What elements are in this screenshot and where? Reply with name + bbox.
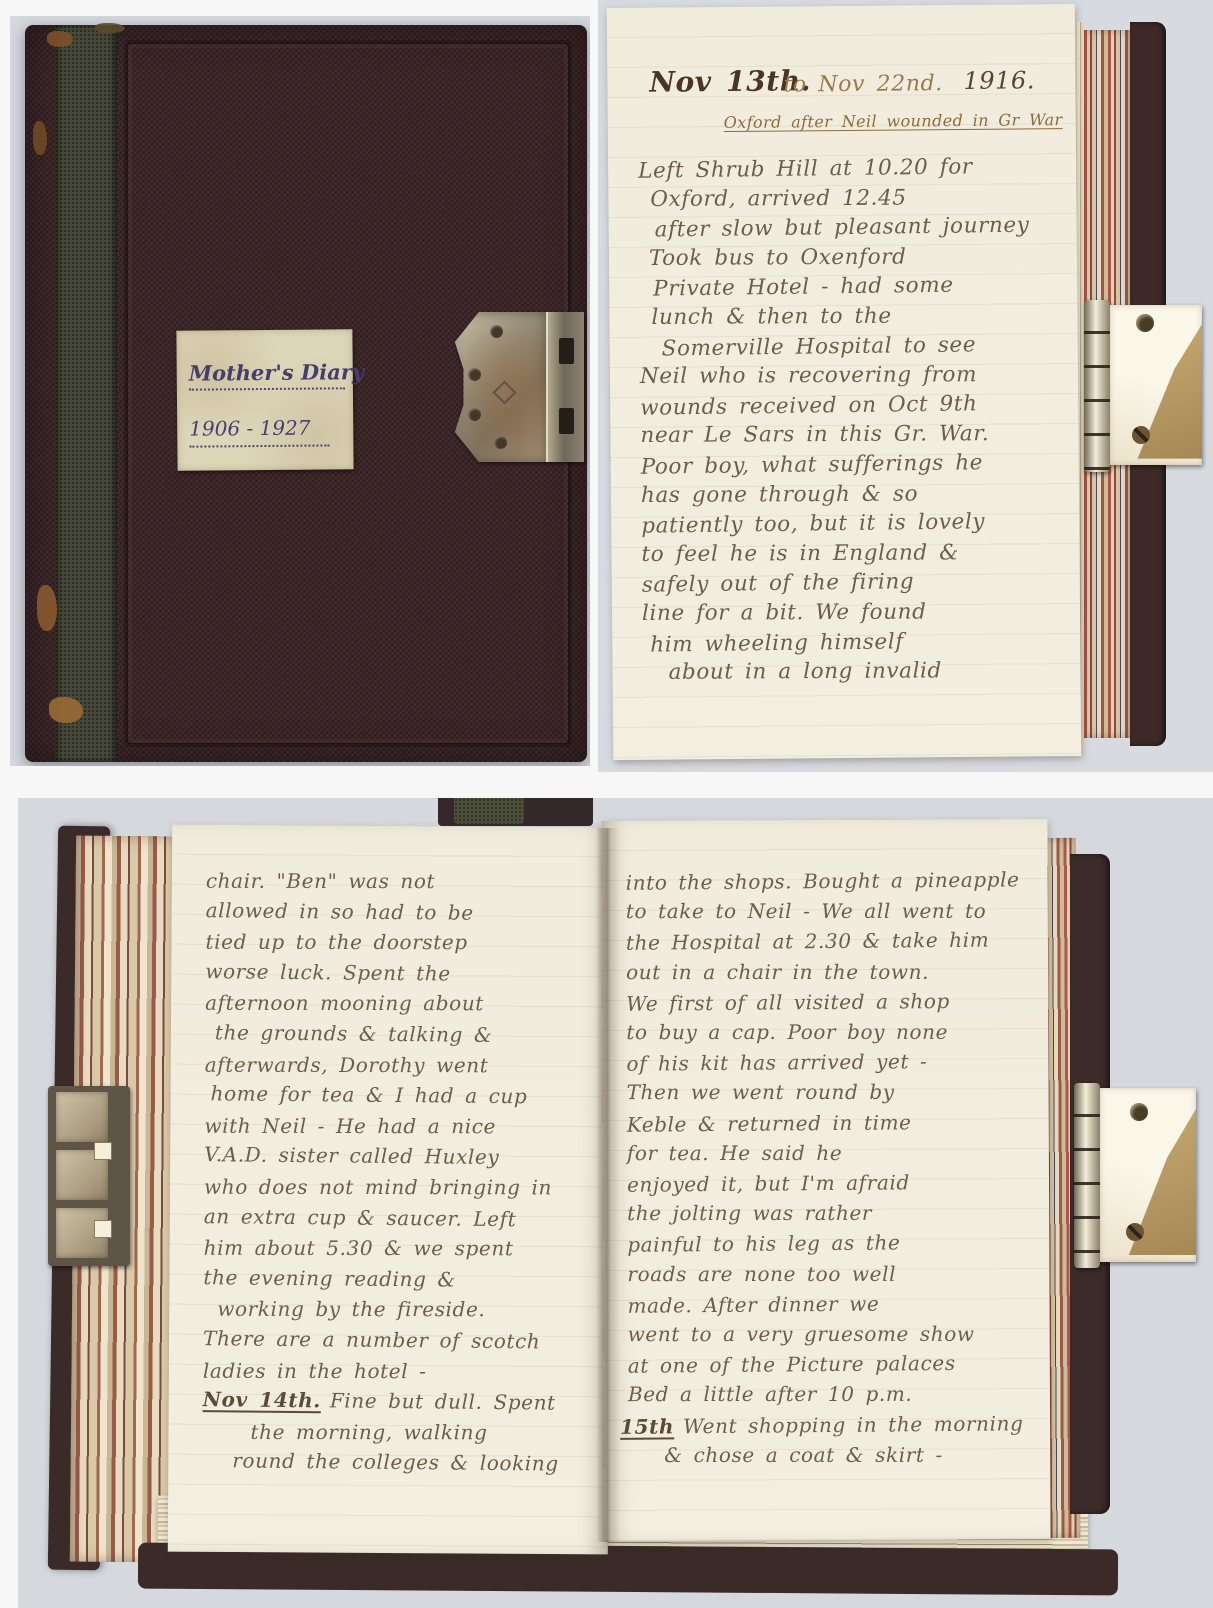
handwriting-line: allowed in so had to be xyxy=(206,895,610,929)
handwriting-line: to take to Neil - We all went to xyxy=(626,896,1050,927)
handwriting-line: afterwards, Dorothy went xyxy=(205,1049,609,1080)
clasp-highlight xyxy=(94,1142,112,1160)
handwriting-line: after slow but pleasant journey xyxy=(654,210,1074,245)
handwriting-line: made. After dinner we xyxy=(627,1287,1051,1321)
clasp-segment xyxy=(56,1092,108,1142)
worn-leather-fray xyxy=(49,697,83,723)
worn-leather-fray xyxy=(37,585,57,631)
handwriting-line: roads are none too well xyxy=(627,1258,1051,1289)
page-gutter-shadow xyxy=(596,828,620,1542)
handwriting-line: Private Hotel - had some xyxy=(653,269,1075,304)
hinge-screw xyxy=(1132,426,1150,444)
handwriting-line: V.A.D. sister called Huxley xyxy=(204,1140,608,1174)
handwriting-line: Took bus to Oxenford xyxy=(649,242,1075,274)
clasp-slot xyxy=(559,408,574,434)
handwriting-line: into the shops. Bought a pineapple xyxy=(626,864,1050,898)
handwriting-line: the grounds & talking & xyxy=(215,1017,609,1051)
handwriting-line: Neil who is recovering from xyxy=(640,360,1076,392)
handwriting-line: enjoyed it, but I'm afraid xyxy=(627,1166,1051,1200)
handwriting-line: the Hospital at 2.30 & take him xyxy=(626,925,1050,959)
clasp-slot xyxy=(559,338,574,364)
handwriting-line: Poor boy, what sufferings he xyxy=(641,447,1077,482)
entry-date-range: to Nov 22nd. xyxy=(783,71,943,97)
handwriting-line: Left Shrub Hill at 10.20 for xyxy=(638,151,1074,186)
handwriting-line: ladies in the hotel - xyxy=(203,1355,607,1386)
clasp-latch xyxy=(546,312,584,462)
hinge-screw xyxy=(1126,1223,1144,1241)
handwriting-line: lunch & then to the xyxy=(651,301,1075,333)
worn-leather-fray xyxy=(33,121,47,155)
handwriting-line: wounds received on Oct 9th xyxy=(640,388,1076,423)
handwriting-line: Then we went round by xyxy=(627,1077,1051,1108)
clasp-rivet xyxy=(468,368,481,381)
handwriting-line: home for tea & I had a cup xyxy=(210,1078,608,1112)
handwriting-line: There are a number of scotch xyxy=(203,1323,607,1357)
diary-right-page: into the shops. Bought a pineappleto tak… xyxy=(601,819,1050,1541)
handwriting-line: of his kit has arrived yet - xyxy=(626,1045,1050,1079)
handwritten-entry-left: chair. "Ben" was notallowed in so had to… xyxy=(202,865,610,1479)
label-years: 1906 - 1927 xyxy=(189,415,329,447)
cover-label: Mother's Diary 1906 - 1927 xyxy=(176,329,353,471)
entry-subtitle: Oxford after Neil wounded in Gr War xyxy=(724,110,1063,132)
clasp-lock xyxy=(450,312,582,462)
handwriting-line: round the colleges & looking xyxy=(232,1446,606,1480)
handwriting-line: Keble & returned in time xyxy=(627,1106,1051,1140)
clasp-fitting-left xyxy=(48,1086,130,1266)
handwriting-line: who does not mind bringing in xyxy=(204,1172,608,1203)
handwriting-line: working by the fireside. xyxy=(217,1294,607,1325)
handwriting-line: 15thWent shopping in the morning xyxy=(620,1408,1052,1442)
clasp-hinge-right xyxy=(1074,1083,1198,1268)
handwriting-line: Nov 14th.Fine but dull. Spent xyxy=(203,1384,607,1418)
handwriting-line: him wheeling himself xyxy=(650,625,1078,660)
handwriting-line: Somerville Hospital to see xyxy=(662,329,1076,364)
scanned-diary-photos: Mother's Diary 1906 - 1927 Nov 13th. xyxy=(0,0,1213,1608)
handwriting-line: with Neil - He had a nice xyxy=(204,1110,608,1141)
handwriting-line: about in a long invalid xyxy=(668,656,1078,688)
handwriting-line: painful to his leg as the xyxy=(627,1227,1051,1261)
hinge-barrel xyxy=(1074,1083,1100,1268)
handwriting-line: safely out of the firing xyxy=(642,565,1078,600)
clasp-rivet xyxy=(490,325,503,338)
worn-leather-fray xyxy=(47,31,73,47)
handwriting-line: near Le Sars in this Gr. War. xyxy=(640,419,1076,451)
handwriting-line: afternoon mooning about xyxy=(205,988,609,1019)
cloth-spine xyxy=(55,25,117,762)
photo-diary-cover: Mother's Diary 1906 - 1927 xyxy=(10,16,590,766)
worn-leather-fray xyxy=(95,23,125,33)
handwriting-line: worse luck. Spent the xyxy=(205,956,609,990)
diary-page: Nov 13th. to Nov 22nd. 1916. Oxford afte… xyxy=(607,4,1082,760)
handwriting-line: the jolting was rather xyxy=(627,1198,1051,1229)
handwriting-line: the morning, walking xyxy=(250,1417,606,1448)
photo-open-page-nov13: Nov 13th. to Nov 22nd. 1916. Oxford afte… xyxy=(598,0,1213,772)
handwriting-line: has gone through & so xyxy=(641,478,1077,510)
handwriting-line: went to a very gruesome show xyxy=(628,1319,1052,1350)
handwriting-line: an extra cup & saucer. Left xyxy=(204,1201,608,1235)
hinge-plate xyxy=(1100,1088,1196,1262)
handwriting-line: We first of all visited a shop xyxy=(626,985,1050,1019)
handwriting-line: for tea. He said he xyxy=(627,1138,1051,1169)
clasp-rivet xyxy=(468,408,481,421)
handwritten-entry-right: into the shops. Bought a pineappleto tak… xyxy=(626,865,1053,1471)
clasp-highlight xyxy=(94,1220,112,1238)
handwriting-line: Oxford, arrived 12.45 xyxy=(650,182,1074,214)
diary-left-page: chair. "Ben" was notallowed in so had to… xyxy=(168,825,612,1555)
hinge-plate xyxy=(1110,305,1202,465)
handwriting-line: out in a chair in the town. xyxy=(626,956,1050,987)
handwriting-line: Bed a little after 10 p.m. xyxy=(628,1379,1052,1410)
clasp-rivet xyxy=(494,436,507,449)
handwriting-line: & chose a coat & skirt - xyxy=(664,1440,1052,1471)
entry-year: 1916. xyxy=(963,66,1035,95)
handwriting-line: patiently too, but it is lovely xyxy=(641,506,1077,541)
hinge-rivet xyxy=(1136,314,1154,332)
handwriting-line: at one of the Picture palaces xyxy=(628,1347,1052,1381)
photo-open-spread: chair. "Ben" was notallowed in so had to… xyxy=(18,798,1213,1608)
handwritten-entry: Left Shrub Hill at 10.20 forOxford, arri… xyxy=(638,152,1079,688)
label-title: Mother's Diary xyxy=(189,359,345,390)
hinge-barrel xyxy=(1084,300,1110,472)
clasp-hinge xyxy=(1084,300,1204,472)
handwriting-line: him about 5.30 & we spent xyxy=(204,1233,608,1264)
spine-cloth-tip xyxy=(454,798,524,824)
handwriting-line: chair. "Ben" was not xyxy=(206,866,610,897)
handwriting-line: to buy a cap. Poor boy none xyxy=(626,1017,1050,1048)
handwriting-line: line for a bit. We found xyxy=(642,597,1078,629)
handwriting-line: the evening reading & xyxy=(203,1262,607,1296)
handwriting-line: tied up to the doorstep xyxy=(205,927,609,958)
diary-front-cover: Mother's Diary 1906 - 1927 xyxy=(25,25,587,762)
handwriting-line: to feel he is in England & xyxy=(641,537,1077,569)
hinge-rivet xyxy=(1130,1103,1148,1121)
